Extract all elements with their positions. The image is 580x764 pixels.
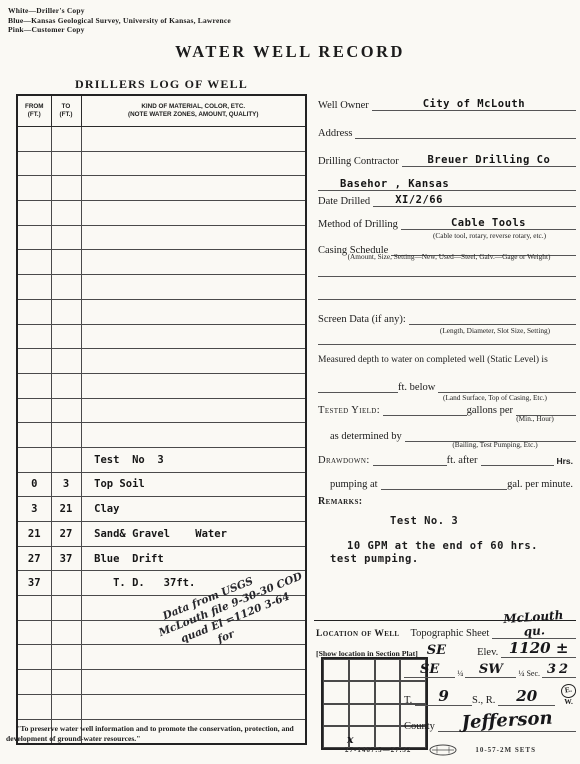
col-from-l1: FROM bbox=[19, 103, 50, 111]
log-cell-from: 27 bbox=[17, 546, 51, 571]
below-ref-line bbox=[438, 377, 576, 393]
remarks-line-2: 10 GPM at the end of 60 hrs. bbox=[347, 540, 538, 552]
log-cell-from bbox=[17, 645, 51, 670]
plat-quarter-note: SE bbox=[421, 643, 449, 658]
log-cell-from bbox=[17, 423, 51, 448]
tested-yield-label: Tested Yield: bbox=[318, 405, 383, 416]
log-cell-from bbox=[17, 324, 51, 349]
elev-label: Elev. bbox=[477, 647, 501, 658]
date-drilled-value: XI/2/66 bbox=[373, 194, 580, 206]
range-value: 20 bbox=[498, 687, 555, 705]
col-header-from: FROM (FT.) bbox=[17, 95, 51, 127]
log-cell-from bbox=[17, 349, 51, 374]
log-cell-to: 3 bbox=[51, 472, 81, 497]
print-code-right: 10-57-2M SETS bbox=[475, 746, 536, 754]
col-to-l1: TO bbox=[53, 103, 80, 111]
ft-below-field: ft. below bbox=[318, 378, 576, 393]
col-to-l2: (FT.) bbox=[53, 111, 80, 119]
screen-extra-line bbox=[318, 330, 576, 345]
contractor-city-line: Basehor , Kansas bbox=[318, 175, 576, 191]
printers-union-logo bbox=[429, 744, 457, 756]
log-row: 2127 Sand& Gravel Water bbox=[17, 522, 306, 547]
log-cell-from bbox=[17, 127, 51, 152]
topographic-sheet-value: McLouth qu. bbox=[491, 607, 576, 641]
date-drilled-field: Date Drilled XI/2/66 bbox=[318, 192, 576, 207]
log-cell-material bbox=[81, 373, 306, 398]
log-row bbox=[17, 151, 306, 176]
log-cell-from: 3 bbox=[17, 497, 51, 522]
log-cell-material bbox=[81, 349, 306, 374]
method-caption: (Cable tool, rotary, reverse rotary, etc… bbox=[403, 231, 576, 240]
township-label: T. bbox=[404, 695, 415, 706]
log-cell-from bbox=[17, 299, 51, 324]
log-cell-from bbox=[17, 670, 51, 695]
determined-by-label: as determined by bbox=[330, 431, 405, 442]
screen-data-field: Screen Data (if any): bbox=[318, 310, 576, 325]
log-cell-to bbox=[51, 694, 81, 719]
log-cell-from: 0 bbox=[17, 472, 51, 497]
gal-per-minute-label: gal. per minute. bbox=[507, 479, 576, 490]
county-row: County Jefferson bbox=[404, 708, 576, 732]
log-cell-material bbox=[81, 324, 306, 349]
quarter1-line: SE bbox=[404, 659, 455, 678]
preservation-quote: "To preserve water well information and … bbox=[6, 724, 308, 743]
quarter-sec-symbol: ¼ Sec. bbox=[516, 669, 542, 678]
log-cell-from bbox=[17, 694, 51, 719]
screen-data-line bbox=[409, 309, 576, 325]
log-cell-material bbox=[81, 694, 306, 719]
col-material-l2: (NOTE WATER ZONES, AMOUNT, QUALITY) bbox=[83, 111, 305, 119]
pumping-at-field: pumping at gal. per minute. bbox=[330, 475, 576, 490]
yield-amount-line bbox=[383, 400, 467, 416]
log-row bbox=[17, 250, 306, 275]
log-cell-to bbox=[51, 250, 81, 275]
location-of-well-label: Location of Well bbox=[316, 629, 402, 639]
address-line bbox=[355, 123, 576, 139]
log-header-row: FROM (FT.) TO (FT.) KIND OF MATERIAL, CO… bbox=[17, 95, 306, 127]
well-owner-value: City of McLouth bbox=[372, 98, 576, 110]
log-cell-to bbox=[51, 447, 81, 472]
drillers-log-table: FROM (FT.) TO (FT.) KIND OF MATERIAL, CO… bbox=[16, 94, 307, 745]
remarks-line-1: Test No. 3 bbox=[390, 515, 458, 527]
hrs-label: Hrs. bbox=[554, 456, 576, 466]
quarter-symbol-1: ¼ bbox=[455, 669, 465, 678]
bailing-caption: (Bailing, Test Pumping, Etc.) bbox=[420, 440, 570, 449]
log-cell-to bbox=[51, 127, 81, 152]
method-field: Method of Drilling Cable Tools bbox=[318, 215, 576, 230]
topographic-sheet-line: McLouth qu. bbox=[492, 623, 576, 639]
log-cell-to bbox=[51, 349, 81, 374]
range-line: 20 bbox=[498, 685, 555, 706]
quarter2-value: SW bbox=[465, 662, 516, 677]
drawdown-hrs-line bbox=[481, 450, 555, 466]
county-line: Jefferson bbox=[438, 707, 576, 732]
copy-legend: White—Driller's Copy Blue—Kansas Geologi… bbox=[8, 6, 231, 35]
casing-caption: (Amount, Size, Setting—New, Used—Steel, … bbox=[326, 252, 572, 261]
casing-extra-line-2 bbox=[318, 285, 576, 300]
log-row bbox=[17, 694, 306, 719]
plat-cell bbox=[375, 659, 401, 681]
log-cell-to bbox=[51, 324, 81, 349]
log-row: 03 Top Soil bbox=[17, 472, 306, 497]
log-cell-to bbox=[51, 645, 81, 670]
log-row bbox=[17, 398, 306, 423]
log-cell-to: 21 bbox=[51, 497, 81, 522]
log-cell-to bbox=[51, 398, 81, 423]
log-cell-material bbox=[81, 225, 306, 250]
quarter1-value: SE bbox=[404, 662, 455, 677]
township-line: 9 bbox=[415, 685, 472, 706]
log-table-body: Test No 303 Top Soil321 Clay2127 Sand& G… bbox=[17, 127, 306, 745]
log-cell-material bbox=[81, 176, 306, 201]
plat-cell bbox=[323, 659, 349, 681]
log-row: 2737 Blue Drift bbox=[17, 546, 306, 571]
drawdown-field: Drawdown: ft. after Hrs. bbox=[318, 451, 576, 466]
date-drilled-label: Date Drilled bbox=[318, 196, 373, 207]
contractor-label: Drilling Contractor bbox=[318, 156, 402, 167]
plat-cell bbox=[323, 704, 349, 726]
log-cell-from bbox=[17, 373, 51, 398]
contractor-line: Breuer Drilling Co bbox=[402, 151, 576, 167]
log-row bbox=[17, 275, 306, 300]
log-cell-from: 37 bbox=[17, 571, 51, 596]
log-row bbox=[17, 645, 306, 670]
legend-line-pink: Pink—Customer Copy bbox=[8, 25, 231, 35]
contractor-city-value: Basehor , Kansas bbox=[318, 178, 580, 190]
log-cell-from bbox=[17, 275, 51, 300]
log-cell-material: Clay bbox=[81, 497, 306, 522]
screen-data-label: Screen Data (if any): bbox=[318, 314, 409, 325]
plat-cell bbox=[349, 704, 375, 726]
log-cell-material: Test No 3 bbox=[81, 447, 306, 472]
plat-cell bbox=[349, 659, 375, 681]
log-row: 321 Clay bbox=[17, 497, 306, 522]
topographic-sheet-label: Topographic Sheet bbox=[410, 628, 492, 639]
log-cell-material: Top Soil bbox=[81, 472, 306, 497]
legend-line-white: White—Driller's Copy bbox=[8, 6, 231, 16]
log-cell-to bbox=[51, 571, 81, 596]
log-row bbox=[17, 225, 306, 250]
plat-cell bbox=[349, 681, 375, 703]
log-cell-material bbox=[81, 275, 306, 300]
plat-cell bbox=[323, 681, 349, 703]
col-from-l2: (FT.) bbox=[19, 111, 50, 119]
location-subheader-row: [Show location in Section Plat] SE Elev.… bbox=[316, 641, 576, 658]
contractor-value: Breuer Drilling Co bbox=[402, 154, 576, 166]
log-row bbox=[17, 670, 306, 695]
log-row bbox=[17, 423, 306, 448]
print-code-left: 27-1467.5—27.32 bbox=[345, 746, 411, 754]
log-cell-material bbox=[81, 151, 306, 176]
log-cell-material bbox=[81, 250, 306, 275]
remarks-line-3: test pumping. bbox=[330, 553, 419, 565]
log-row bbox=[17, 349, 306, 374]
log-cell-to bbox=[51, 151, 81, 176]
section-value: 32 bbox=[542, 662, 576, 677]
log-cell-from bbox=[17, 151, 51, 176]
page-title: WATER WELL RECORD bbox=[0, 42, 580, 62]
log-cell-to bbox=[51, 423, 81, 448]
log-cell-to bbox=[51, 201, 81, 226]
log-cell-material bbox=[81, 398, 306, 423]
log-cell-from bbox=[17, 201, 51, 226]
address-label: Address bbox=[318, 128, 355, 139]
log-cell-to bbox=[51, 620, 81, 645]
ft-after-label: ft. after bbox=[447, 455, 481, 466]
log-row bbox=[17, 373, 306, 398]
log-cell-to bbox=[51, 225, 81, 250]
log-row bbox=[17, 299, 306, 324]
log-cell-to bbox=[51, 373, 81, 398]
method-label: Method of Drilling bbox=[318, 219, 401, 230]
log-cell-to: 27 bbox=[51, 522, 81, 547]
contractor-field: Drilling Contractor Breuer Drilling Co bbox=[318, 152, 576, 167]
log-cell-to bbox=[51, 596, 81, 621]
drawdown-ft-line bbox=[373, 450, 447, 466]
well-owner-field: Well Owner City of McLouth bbox=[318, 96, 576, 111]
log-cell-from bbox=[17, 596, 51, 621]
log-cell-from bbox=[17, 176, 51, 201]
depth-ft-line bbox=[318, 377, 398, 393]
county-label: County bbox=[404, 721, 438, 732]
log-cell-material: Sand& Gravel Water bbox=[81, 522, 306, 547]
east-west-selector: E. W. bbox=[561, 684, 576, 706]
measured-depth-text: Measured depth to water on completed wel… bbox=[318, 355, 576, 365]
township-range-row: T. 9 S., R. 20 E. W. bbox=[404, 686, 576, 706]
log-cell-to bbox=[51, 670, 81, 695]
pumping-rate-line bbox=[381, 474, 508, 490]
log-row bbox=[17, 324, 306, 349]
log-cell-material bbox=[81, 670, 306, 695]
log-cell-from: 21 bbox=[17, 522, 51, 547]
min-hour-caption: (Min., Hour) bbox=[494, 414, 576, 423]
method-value: Cable Tools bbox=[401, 217, 576, 229]
remarks-label: Remarks: bbox=[318, 496, 362, 507]
log-row bbox=[17, 176, 306, 201]
legend-line-blue: Blue—Kansas Geological Survey, Universit… bbox=[8, 16, 231, 26]
east-label-circled: E. bbox=[560, 683, 577, 699]
col-material-l1: KIND OF MATERIAL, COLOR, ETC. bbox=[83, 103, 305, 111]
well-owner-line: City of McLouth bbox=[372, 95, 576, 111]
log-cell-from bbox=[17, 620, 51, 645]
log-cell-from bbox=[17, 447, 51, 472]
log-row bbox=[17, 127, 306, 152]
contractor-city-field: Basehor , Kansas bbox=[318, 176, 576, 191]
water-well-record-form: White—Driller's Copy Blue—Kansas Geologi… bbox=[0, 0, 580, 764]
log-cell-material bbox=[81, 201, 306, 226]
col-header-material: KIND OF MATERIAL, COLOR, ETC. (NOTE WATE… bbox=[81, 95, 306, 127]
log-row bbox=[17, 201, 306, 226]
method-line: Cable Tools bbox=[401, 214, 576, 230]
log-cell-from bbox=[17, 250, 51, 275]
log-row: Test No 3 bbox=[17, 447, 306, 472]
log-cell-material bbox=[81, 127, 306, 152]
log-cell-to bbox=[51, 176, 81, 201]
log-cell-to bbox=[51, 275, 81, 300]
elev-line: 1120 ± bbox=[501, 640, 576, 658]
log-cell-material bbox=[81, 423, 306, 448]
county-value: Jefferson bbox=[437, 706, 576, 734]
log-cell-from bbox=[17, 398, 51, 423]
elev-value: 1120 ± bbox=[501, 639, 576, 657]
township-value: 9 bbox=[415, 687, 472, 705]
drawdown-label: Drawdown: bbox=[318, 455, 373, 466]
casing-extra-line-1 bbox=[318, 262, 576, 277]
plat-cell bbox=[375, 704, 401, 726]
ft-below-label: ft. below bbox=[398, 382, 438, 393]
log-cell-from bbox=[17, 225, 51, 250]
section-line: 32 bbox=[542, 659, 576, 678]
pumping-at-label: pumping at bbox=[330, 479, 381, 490]
quarter2-line: SW bbox=[465, 659, 516, 678]
plat-cell bbox=[375, 681, 401, 703]
log-section-title: DRILLERS LOG OF WELL bbox=[16, 77, 307, 92]
print-footer: 27-1467.5—27.32 10-57-2M SETS bbox=[345, 744, 536, 756]
quarter-section-row: SE ¼ SW ¼ Sec. 32 bbox=[404, 660, 576, 678]
log-cell-to bbox=[51, 299, 81, 324]
date-drilled-line: XI/2/66 bbox=[373, 191, 576, 207]
address-field: Address bbox=[318, 124, 576, 139]
log-cell-to: 37 bbox=[51, 546, 81, 571]
range-label: S., R. bbox=[472, 695, 498, 706]
log-cell-material bbox=[81, 299, 306, 324]
well-owner-label: Well Owner bbox=[318, 100, 372, 111]
col-header-to: TO (FT.) bbox=[51, 95, 81, 127]
location-header-row: Location of Well Topographic Sheet McLou… bbox=[316, 624, 576, 639]
